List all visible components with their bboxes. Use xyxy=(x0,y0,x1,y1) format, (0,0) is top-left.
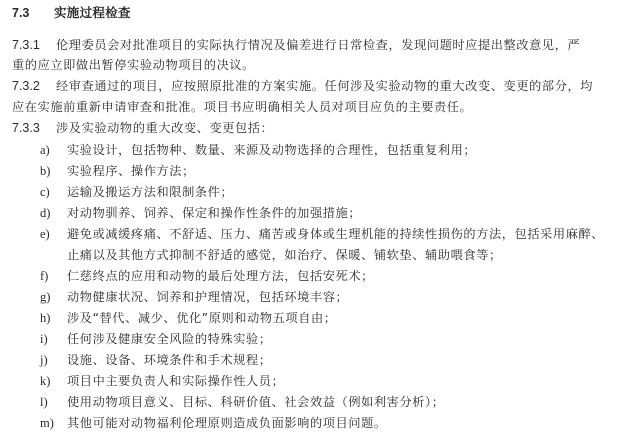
item-text: 动物健康状况、饲养和护理情况，包括环境丰容； xyxy=(67,290,348,304)
clause-number: 7.3.1 xyxy=(12,38,56,52)
item-text: 实验程序、操作方法； xyxy=(67,164,195,178)
item-text: 其他可能对动物福利伦理原则造成负面影响的项目问题。 xyxy=(67,416,387,430)
item-label: c) xyxy=(40,185,67,199)
clause-text: 经审查通过的项目，应按照原批准的方案实施。任何涉及实验动物的重大改变、变更的部分… xyxy=(56,79,593,93)
item-label: g) xyxy=(40,290,67,304)
item-text: 任何涉及健康安全风险的特殊实验； xyxy=(67,332,272,346)
list-item-g: g)动物健康状况、饲养和护理情况，包括环境丰容； xyxy=(40,290,348,304)
item-text: 实验设计，包括物种、数量、来源及动物选择的合理性，包括重复利用； xyxy=(67,143,476,157)
clause-7-3-1-line-1: 7.3.1伦理委员会对批准项目的实际执行情况及偏差进行日常检查，发现问题时应提出… xyxy=(12,38,580,52)
list-item-l: l)使用动物项目意义、目标、科研价值、社会效益（例如利害分析）； xyxy=(40,395,445,409)
item-label: h) xyxy=(40,311,67,325)
clause-number: 7.3.2 xyxy=(12,79,56,93)
item-text: 运输及搬运方法和限制条件； xyxy=(67,185,233,199)
item-text: 项目中主要负责人和实际操作性人员； xyxy=(67,374,284,388)
item-label: a) xyxy=(40,143,67,157)
item-text: 仁慈终点的应用和动物的最后处理方法，包括安死术； xyxy=(67,269,374,283)
list-item-i: i)任何涉及健康安全风险的特殊实验； xyxy=(40,332,272,346)
list-item-d: d)对动物驯养、饲养、保定和操作性条件的加强措施； xyxy=(40,206,361,220)
clause-number: 7.3.3 xyxy=(12,121,56,135)
item-text: 涉及“替代、减少、优化”原则和动物五项自由； xyxy=(67,311,337,325)
item-text: 对动物驯养、饲养、保定和操作性条件的加强措施； xyxy=(67,206,361,220)
item-text: 止痛以及其他方式抑制不舒适的感觉，如治疗、保暖、铺软垫、辅助喂食等； xyxy=(67,248,502,262)
item-label: e) xyxy=(40,227,67,241)
section-heading: 7.3实施过程检查 xyxy=(12,6,131,20)
section-number: 7.3 xyxy=(12,6,54,20)
list-item-e: e)避免或减缓疼痛、不舒适、压力、痛苦或身体或生理机能的持续性损伤的方法，包括采… xyxy=(40,227,604,241)
clause-7-3-2-line-1: 7.3.2经审查通过的项目，应按照原批准的方案实施。任何涉及实验动物的重大改变、… xyxy=(12,79,593,93)
list-item-b: b)实验程序、操作方法； xyxy=(40,164,195,178)
list-item-c: c)运输及搬运方法和限制条件； xyxy=(40,185,233,199)
item-text: 使用动物项目意义、目标、科研价值、社会效益（例如利害分析）； xyxy=(67,395,445,409)
item-label: l) xyxy=(40,395,67,409)
clause-text: 应在实施前重新申请审查和批准。项目书应明确相关人员对项目应负的主要责任。 xyxy=(12,100,472,114)
item-text: 设施、设备、环境条件和手术规程； xyxy=(67,353,272,367)
list-item-j: j)设施、设备、环境条件和手术规程； xyxy=(40,353,272,367)
item-label: f) xyxy=(40,269,67,283)
list-item-e-continued: 止痛以及其他方式抑制不舒适的感觉，如治疗、保暖、铺软垫、辅助喂食等； xyxy=(67,248,502,262)
clause-7-3-2-line-2: 应在实施前重新申请审查和批准。项目书应明确相关人员对项目应负的主要责任。 xyxy=(12,100,472,114)
list-item-h: h)涉及“替代、减少、优化”原则和动物五项自由； xyxy=(40,311,337,325)
item-label: i) xyxy=(40,332,67,346)
list-item-m: m)其他可能对动物福利伦理原则造成负面影响的项目问题。 xyxy=(40,416,387,430)
item-label: j) xyxy=(40,353,67,367)
clause-7-3-1-line-2: 重的应立即做出暂停实验动物项目的决议。 xyxy=(12,58,255,72)
clause-text: 伦理委员会对批准项目的实际执行情况及偏差进行日常检查，发现问题时应提出整改意见，… xyxy=(56,38,580,52)
item-text: 避免或减缓疼痛、不舒适、压力、痛苦或身体或生理机能的持续性损伤的方法，包括采用麻… xyxy=(67,227,604,241)
list-item-a: a)实验设计，包括物种、数量、来源及动物选择的合理性，包括重复利用； xyxy=(40,143,476,157)
section-title: 实施过程检查 xyxy=(54,5,131,20)
item-label: d) xyxy=(40,206,67,220)
item-label: k) xyxy=(40,374,67,388)
document-page: 7.3实施过程检查 7.3.1伦理委员会对批准项目的实际执行情况及偏差进行日常检… xyxy=(0,0,619,437)
clause-text: 重的应立即做出暂停实验动物项目的决议。 xyxy=(12,58,255,72)
list-item-f: f)仁慈终点的应用和动物的最后处理方法，包括安死术； xyxy=(40,269,374,283)
clause-7-3-3-line-1: 7.3.3涉及实验动物的重大改变、变更包括： xyxy=(12,121,273,135)
list-item-k: k)项目中主要负责人和实际操作性人员； xyxy=(40,374,284,388)
item-label: m) xyxy=(40,416,67,430)
clause-text: 涉及实验动物的重大改变、变更包括： xyxy=(56,121,273,135)
item-label: b) xyxy=(40,164,67,178)
